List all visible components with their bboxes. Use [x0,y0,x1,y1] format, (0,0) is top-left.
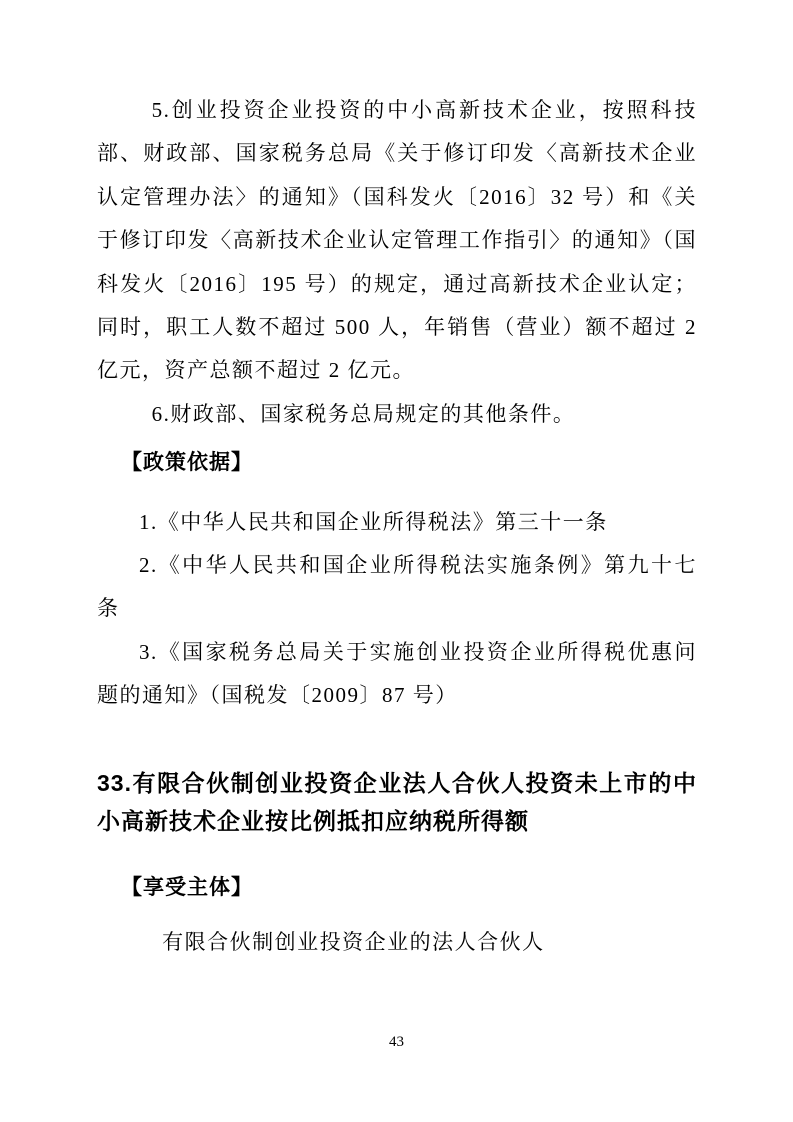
page-content: 5.创业投资企业投资的中小高新技术企业，按照科技部、财政部、国家税务总局《关于修… [97,89,697,965]
beneficiary-text: 有限合伙制创业投资企业的法人合伙人 [97,921,697,964]
policy-basis-heading: 【政策依据】 [97,441,697,484]
beneficiary-heading: 【享受主体】 [97,866,697,909]
condition-item-5: 5.创业投资企业投资的中小高新技术企业，按照科技部、财政部、国家税务总局《关于修… [97,89,697,393]
policy-basis-item: 1.《中华人民共和国企业所得税法》第三十一条 [97,501,697,544]
policy-basis-list: 1.《中华人民共和国企业所得税法》第三十一条 2.《中华人民共和国企业所得税法实… [97,501,697,718]
document-page: 5.创业投资企业投资的中小高新技术企业，按照科技部、财政部、国家税务总局《关于修… [0,0,793,1122]
page-number: 43 [0,1035,793,1050]
section-33-title: 33.有限合伙制创业投资企业法人合伙人投资未上市的中小高新技术企业按比例抵扣应纳… [97,764,697,840]
policy-basis-item: 3.《国家税务总局关于实施创业投资企业所得税优惠问题的通知》（国税发〔2009〕… [97,631,697,718]
policy-basis-item: 2.《中华人民共和国企业所得税法实施条例》第九十七条 [97,544,697,631]
condition-item-6: 6.财政部、国家税务总局规定的其他条件。 [97,393,697,436]
